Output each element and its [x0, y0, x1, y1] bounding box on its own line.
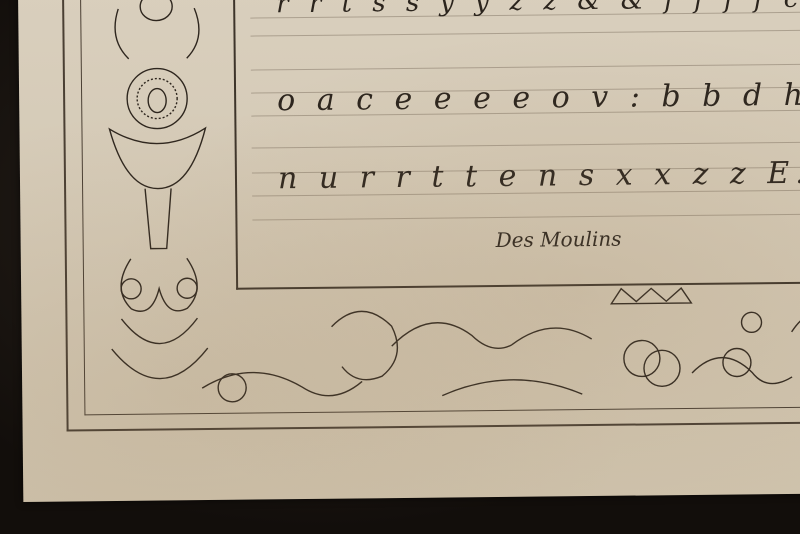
ruling-line	[252, 189, 800, 196]
ruling-line	[252, 166, 800, 173]
ruling-line	[252, 213, 800, 220]
outer-border-line	[62, 0, 800, 432]
ruling-line	[251, 63, 800, 70]
inner-border-line	[80, 0, 800, 415]
left-grotesque-ornament-icon	[88, 0, 232, 409]
ruling-line	[250, 29, 800, 36]
script-line-2: o a c e e e e o v : b b d h s e l j j g …	[277, 75, 800, 118]
bottom-frieze-ornament-icon	[191, 282, 800, 414]
script-line-1: r r t s s y y z z & & ſ ſ ſ ſ ch ch .	[276, 0, 800, 19]
ruling-line	[251, 86, 800, 93]
ruling-line	[251, 109, 800, 116]
paper-sheet: r r t s s y y z z & & ſ ſ ſ ſ ch ch . o …	[18, 0, 800, 502]
ruling-line	[252, 141, 800, 148]
script-line-3: n u r r t t e n s x x z z E. ſ ſ ſ ſ ſ	[278, 154, 800, 196]
writing-panel	[233, 0, 800, 290]
engraver-signature: Des Moulins	[496, 227, 622, 252]
ruling-line	[250, 11, 800, 18]
